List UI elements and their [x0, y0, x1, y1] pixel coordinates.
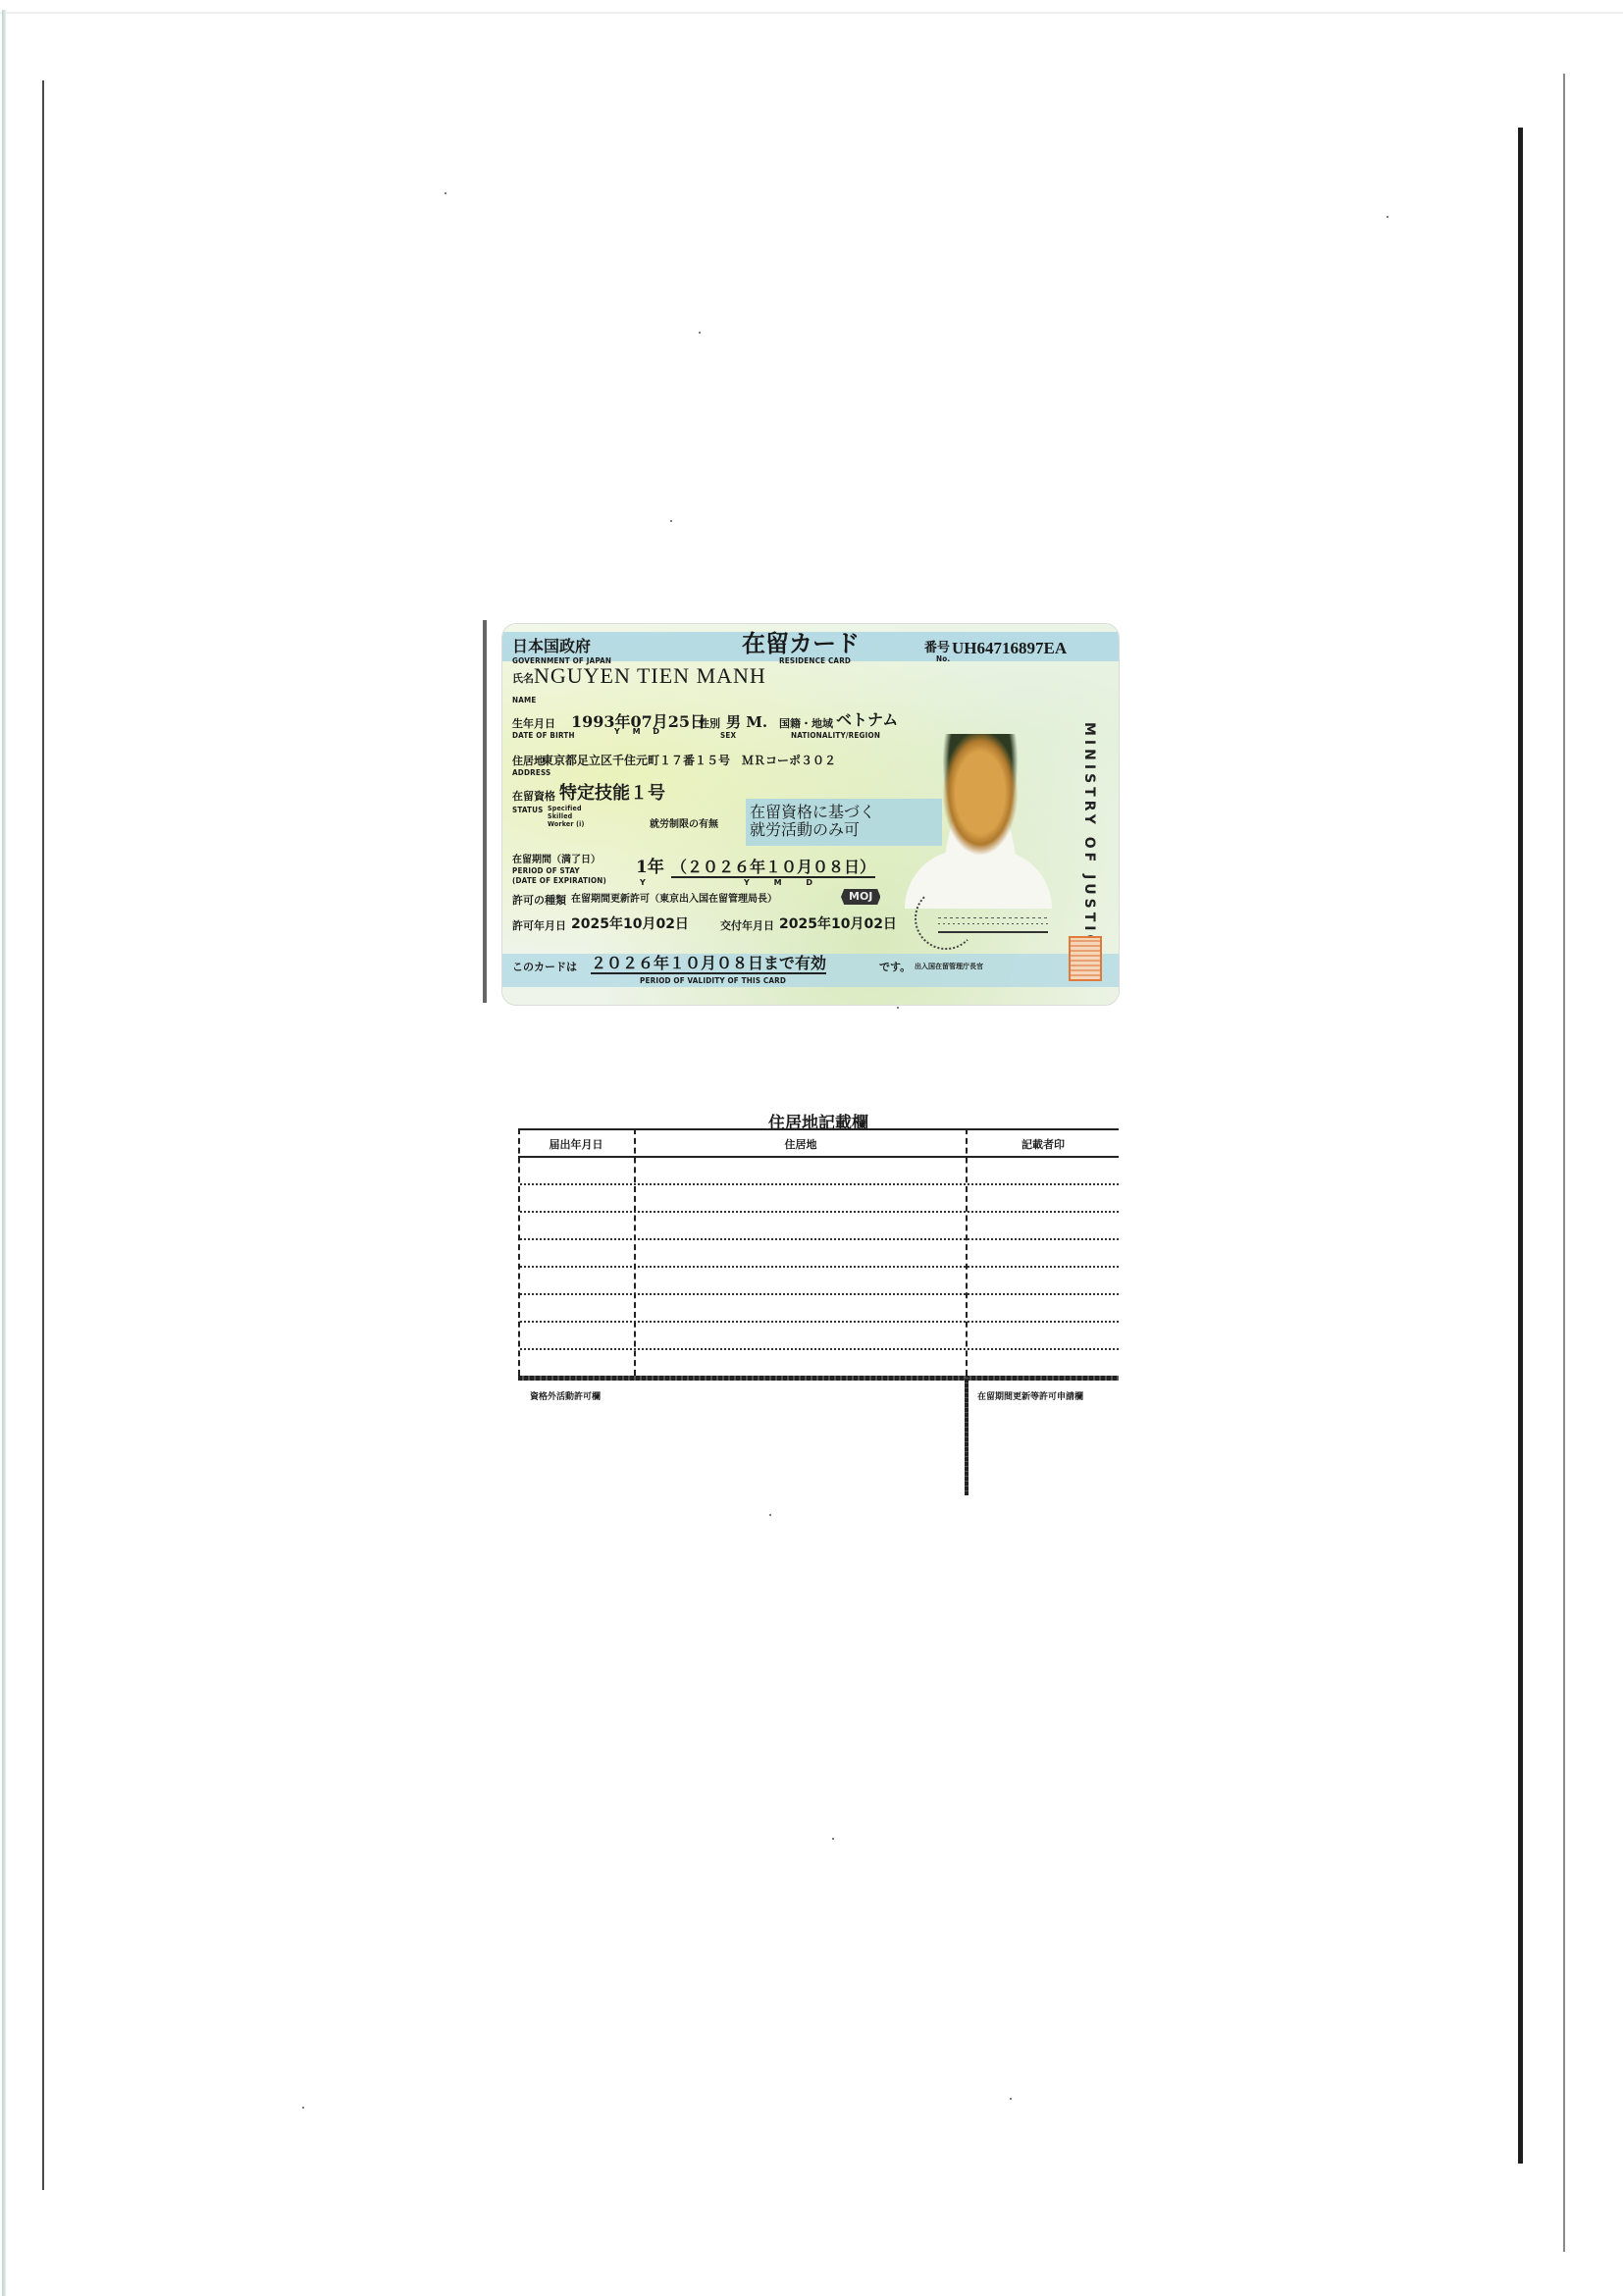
scan-speck — [897, 1007, 899, 1009]
ministry-of-justice-text: MINISTRY OF JUSTICE — [1081, 722, 1097, 962]
validity-label-en: PERIOD OF VALIDITY OF THIS CARD — [640, 977, 786, 985]
scan-speck — [1387, 216, 1388, 218]
card-number: UH64716897EA — [952, 640, 1067, 656]
scan-speck — [699, 332, 701, 334]
column-divider — [634, 1128, 636, 1376]
column-header-seal: 記載者印 — [968, 1136, 1119, 1152]
issue-date: 2025年10月02日 — [779, 917, 897, 931]
name-label-jp: 氏名 — [512, 673, 534, 684]
residence-card: 日本国政府 GOVERNMENT OF JAPAN 在留カード RESIDENC… — [502, 624, 1119, 1005]
period-of-stay: 1年 — [636, 860, 664, 876]
nationality: ベトナム — [836, 712, 898, 728]
page-rule-right-thick — [1518, 128, 1523, 2164]
expiration-ymd: Y M D — [744, 879, 812, 887]
status-of-residence: 特定技能１号 — [559, 785, 665, 803]
page-rule-left — [42, 80, 44, 2190]
table-row — [520, 1183, 1119, 1185]
signature-line — [938, 912, 1048, 933]
table-row — [520, 1321, 1119, 1323]
status-en: Specified Skilled Worker (i) — [548, 805, 587, 828]
validity-prefix: このカードは — [512, 962, 577, 972]
bottom-section-divider — [965, 1378, 969, 1495]
table-top-rule — [518, 1128, 1119, 1130]
validity-suffix: です。 — [879, 962, 911, 972]
column-divider — [518, 1128, 520, 1376]
column-header-date: 届出年月日 — [518, 1136, 634, 1152]
issuer-jp: 日本国政府 — [512, 639, 591, 654]
sex-label-jp: 性別 — [699, 718, 720, 729]
permission-type-label: 許可の種類 — [512, 895, 566, 906]
nationality-label-en: NATIONALITY/REGION — [791, 732, 880, 740]
address-label-en: ADDRESS — [512, 769, 550, 777]
nationality-label-jp: 国籍・地域 — [779, 718, 833, 729]
column-divider — [966, 1128, 968, 1376]
name-label-en: NAME — [512, 697, 536, 704]
page-rule-right-thin — [1563, 74, 1565, 2252]
scan-speck — [832, 1838, 834, 1840]
scan-speck — [302, 2107, 304, 2109]
official-seal-stamp — [1069, 936, 1102, 981]
period-label-jp: 在留期間（満了日） — [512, 856, 601, 865]
work-restriction-line2: 就労活動のみ可 — [750, 822, 860, 838]
period-label-en1: PERIOD OF STAY — [512, 867, 580, 875]
dob-label-jp: 生年月日 — [512, 718, 555, 729]
card-scan-shadow — [483, 620, 487, 1003]
permission-type: 在留期間更新許可（東京出入国在留管理局長） — [571, 895, 777, 905]
card-validity: ２０２６年１０月０８日まで有効 — [591, 956, 826, 974]
status-label-en: STATUS — [512, 807, 544, 814]
sex: 男 M. — [726, 715, 767, 730]
table-row — [520, 1293, 1119, 1295]
address-label-jp: 住居地 — [512, 756, 545, 766]
table-row — [520, 1211, 1119, 1213]
scan-edge-top — [0, 12, 1623, 14]
address: 東京都足立区千住元町１７番１５号 ＭＲコーポ３０２ — [542, 755, 836, 766]
dob-ymd: Y M D — [614, 728, 659, 736]
period-y: Y — [640, 879, 646, 887]
scan-speck — [445, 192, 446, 194]
signatory: 出入国在留管理庁長官 — [915, 964, 983, 970]
moj-hologram: MOJ — [841, 889, 880, 905]
card-title-en: RESIDENCE CARD — [779, 657, 851, 665]
work-restriction-label: 就労制限の有無 — [650, 820, 718, 830]
extension-application-label: 在留期間更新等許可申請欄 — [977, 1389, 1083, 1402]
period-label-en2: (DATE OF EXPIRATION) — [512, 877, 606, 885]
scan-edge-left — [2, 10, 6, 2296]
work-restriction-line1: 在留資格に基づく — [750, 805, 875, 820]
scan-speck — [670, 520, 672, 522]
number-label-en: No. — [936, 655, 950, 663]
table-bottom-rule — [518, 1376, 1119, 1381]
permission-date: 2025年10月02日 — [571, 917, 689, 931]
number-label-jp: 番号 — [924, 642, 950, 654]
sex-label-en: SEX — [720, 732, 736, 740]
table-row — [520, 1238, 1119, 1240]
status-label-jp: 在留資格 — [512, 791, 555, 802]
issue-date-label: 交付年月日 — [720, 920, 774, 931]
header-bottom-rule — [518, 1156, 1119, 1158]
holder-name: NGUYEN TIEN MANH — [534, 665, 766, 687]
table-row — [520, 1348, 1119, 1350]
dob-label-en: DATE OF BIRTH — [512, 732, 575, 740]
permission-date-label: 許可年月日 — [512, 920, 566, 931]
permission-outside-status-label: 資格外活動許可欄 — [530, 1389, 601, 1402]
holder-photo — [922, 734, 1038, 889]
column-header-address: 住居地 — [636, 1136, 966, 1152]
card-title-jp: 在留カード — [742, 632, 860, 655]
table-row — [520, 1266, 1119, 1268]
scan-speck — [1010, 2098, 1012, 2100]
expiration-date: （２０２６年１０月０８日） — [671, 860, 875, 878]
scan-speck — [769, 1514, 771, 1516]
